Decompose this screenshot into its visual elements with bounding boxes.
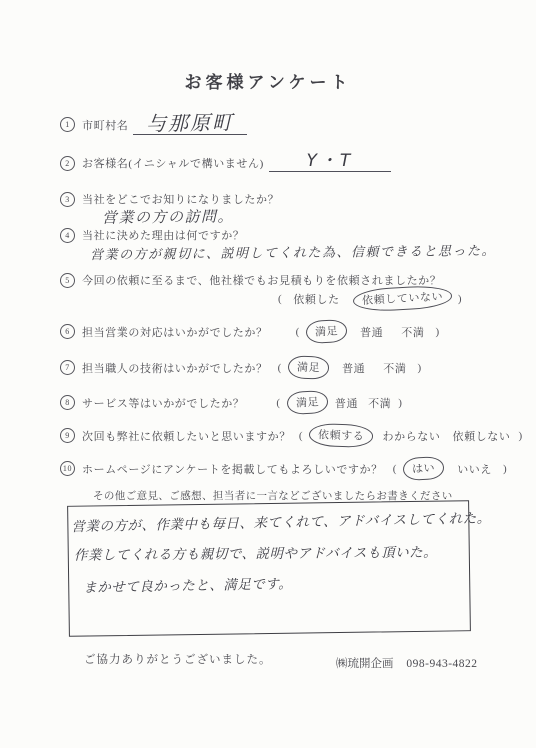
question-2-answer-underline: Y・T <box>269 154 391 172</box>
question-4: 4 当社に決めた理由は何ですか？ <box>60 227 244 243</box>
survey-title: お客様アンケート <box>0 68 536 93</box>
question-8-number-badge: 8 <box>60 395 75 410</box>
question-7-label: 担当職人の技術はいかがでしたか？ <box>82 360 268 376</box>
paren-close: ) <box>518 430 522 442</box>
question-4-handwritten-answer: 営業の方が親切に、説明してくれた為、信頼できると思った。 <box>90 240 496 263</box>
question-8-option: 不満 <box>368 395 391 411</box>
question-6-option: 普通 <box>360 324 383 340</box>
question-6-options-group: ( 満足 普通 不満 ) <box>294 320 442 343</box>
question-2: 2 お客様名(イニシャルで構いません) Y・T <box>60 154 391 172</box>
question-10-options-group: ( はい いいえ ) <box>391 457 510 480</box>
question-8-option-selected-circle: 満足 <box>286 390 328 415</box>
question-6-label: 担当営業の対応はいかがでしたか？ <box>82 324 268 340</box>
question-8-label: サービス等はいかがでしたか？ <box>82 395 244 411</box>
question-9: 9 次回も弊社に依頼したいと思いますか？ ( 依頼する わからない 依頼しない … <box>60 424 525 447</box>
question-9-options-group: ( 依頼する わからない 依頼しない ) <box>297 424 525 447</box>
comment-line-3: まかせて良かったと、満足です。 <box>83 572 292 596</box>
question-9-number-badge: 9 <box>60 428 75 443</box>
paren-open: ( <box>278 362 282 374</box>
question-6-number-badge: 6 <box>60 324 75 339</box>
question-9-option-selected-circle: 依頼する <box>309 423 374 448</box>
question-1: 1 市町村名 与那原町 <box>60 114 247 135</box>
question-9-label: 次回も弊社に依頼したいと思いますか？ <box>82 428 291 444</box>
comment-line-2: 作業してくれる方も親切で、説明やアドバイスも頂いた。 <box>74 541 437 564</box>
question-10-number-badge: 10 <box>60 461 75 476</box>
question-7-option: 普通 <box>342 360 365 376</box>
question-6-option-selected-circle: 満足 <box>305 319 347 344</box>
question-2-handwritten-answer: Y・T <box>306 153 353 170</box>
footer-thanks-text: ご協力ありがとうございました。 <box>84 651 272 667</box>
question-10-option-selected-circle: はい <box>402 456 444 481</box>
question-1-handwritten-answer: 与那原町 <box>146 112 234 134</box>
survey-scan-page: お客様アンケート 1 市町村名 与那原町 2 お客様名(イニシャルで構いません)… <box>0 0 536 748</box>
question-5: 5 今回の依頼に至るまで、他社様でもお見積もりを依頼されましたか？ <box>60 272 441 288</box>
question-3-label: 当社をどこでお知りになりましたか？ <box>82 191 279 207</box>
question-7: 7 担当職人の技術はいかがでしたか？ ( 満足 普通 不満 ) <box>60 356 424 379</box>
question-4-number-badge: 4 <box>60 228 75 243</box>
paren-open: ( <box>276 397 280 409</box>
question-5-options-group: ( 依頼した 依頼していない ) <box>276 287 464 310</box>
question-7-number-badge: 7 <box>60 360 75 375</box>
question-5-option-selected-circle: 依頼していない <box>352 284 452 312</box>
paren-close: ) <box>417 362 421 374</box>
paren-close: ) <box>435 326 439 338</box>
paren-close: ) <box>458 293 462 305</box>
question-10-label: ホームページにアンケートを掲載してもよろしいですか？ <box>82 461 383 477</box>
question-7-option: 不満 <box>383 360 406 376</box>
phone-number: 098-943-4822 <box>406 658 477 670</box>
question-3: 3 当社をどこでお知りになりましたか？ <box>60 191 279 207</box>
question-3-number-badge: 3 <box>60 192 75 207</box>
question-6-option: 不満 <box>401 324 424 340</box>
footer-company-block: ㈱琉開企画 098-943-4822 <box>336 655 478 671</box>
question-3-handwritten-answer: 営業の方の訪問。 <box>102 205 234 227</box>
question-5-label: 今回の依頼に至るまで、他社様でもお見積もりを依頼されましたか？ <box>82 272 441 288</box>
question-1-label: 市町村名 <box>82 117 128 133</box>
question-9-option: 依頼しない <box>452 428 510 444</box>
question-8: 8 サービス等はいかがでしたか？ ( 満足 普通 不満 ) <box>60 391 405 414</box>
question-5-option-not-selected: 依頼した <box>293 291 339 307</box>
question-10-option: いいえ <box>457 461 492 477</box>
paren-open: ( <box>278 293 282 305</box>
question-6: 6 担当営業の対応はいかがでしたか？ ( 満足 普通 不満 ) <box>60 320 442 343</box>
question-1-number-badge: 1 <box>60 117 75 132</box>
question-2-number-badge: 2 <box>60 156 75 171</box>
paren-open: ( <box>393 463 397 475</box>
question-4-label: 当社に決めた理由は何ですか？ <box>82 227 244 243</box>
question-8-options-group: ( 満足 普通 不満 ) <box>274 391 404 414</box>
question-9-option: わからない <box>382 428 440 444</box>
question-7-option-selected-circle: 満足 <box>287 355 329 379</box>
paren-open: ( <box>299 430 303 442</box>
question-8-option: 普通 <box>335 395 358 411</box>
comment-box: 営業の方が、作業中も毎日、来てくれて、アドバイスしてくれた。 作業してくれる方も… <box>67 500 471 637</box>
paren-close: ) <box>398 397 402 409</box>
question-2-label: お客様名(イニシャルで構いません) <box>82 155 264 171</box>
question-5-number-badge: 5 <box>60 273 75 288</box>
question-10: 10 ホームページにアンケートを掲載してもよろしいですか？ ( はい いいえ ) <box>60 457 509 480</box>
paren-close: ) <box>503 463 507 475</box>
company-name: ㈱琉開企画 <box>336 658 394 670</box>
question-1-answer-underline: 与那原町 <box>133 114 247 135</box>
comment-line-1: 営業の方が、作業中も毎日、来てくれて、アドバイスしてくれた。 <box>71 506 491 535</box>
paren-open: ( <box>296 326 300 338</box>
question-7-options-group: ( 満足 普通 不満 ) <box>276 356 424 379</box>
